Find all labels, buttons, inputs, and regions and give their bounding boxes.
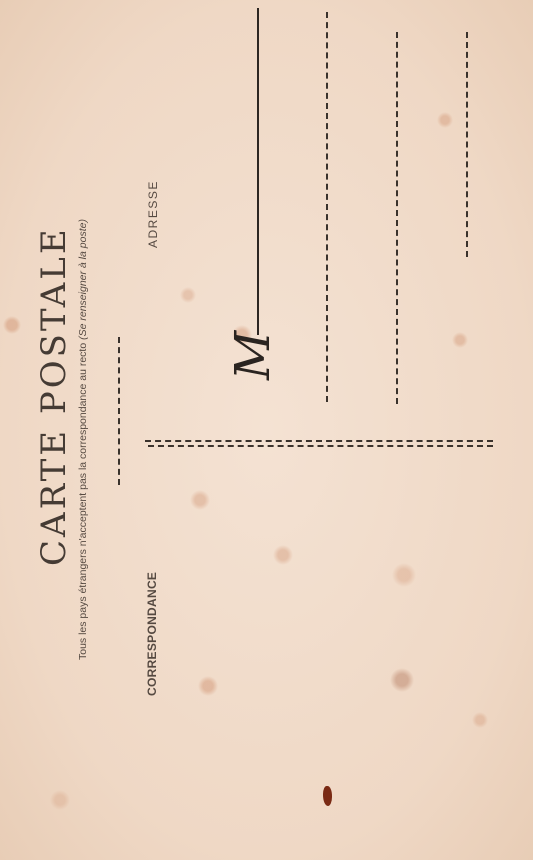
address-line-1 (257, 8, 259, 335)
correspondence-label: CORRESPONDANCE (145, 572, 159, 696)
address-line-3 (396, 32, 398, 404)
address-line-4 (466, 32, 468, 257)
handwritten-monsieur-mark: M (225, 350, 305, 380)
left-margin-line (118, 337, 120, 485)
section-divider-bottom (148, 445, 493, 447)
notice-main-text: Tous les pays étrangers n'acceptent pas … (77, 343, 89, 660)
postcard-title: CARTE POSTALE (34, 226, 74, 566)
ink-blot (323, 786, 332, 806)
notice-paren-text: (Se renseigner à la poste) (77, 219, 89, 340)
foreign-countries-notice: Tous les pays étrangers n'acceptent pas … (77, 219, 89, 660)
address-line-2 (326, 12, 328, 402)
address-label: ADRESSE (146, 180, 160, 248)
section-divider-top (145, 440, 493, 442)
